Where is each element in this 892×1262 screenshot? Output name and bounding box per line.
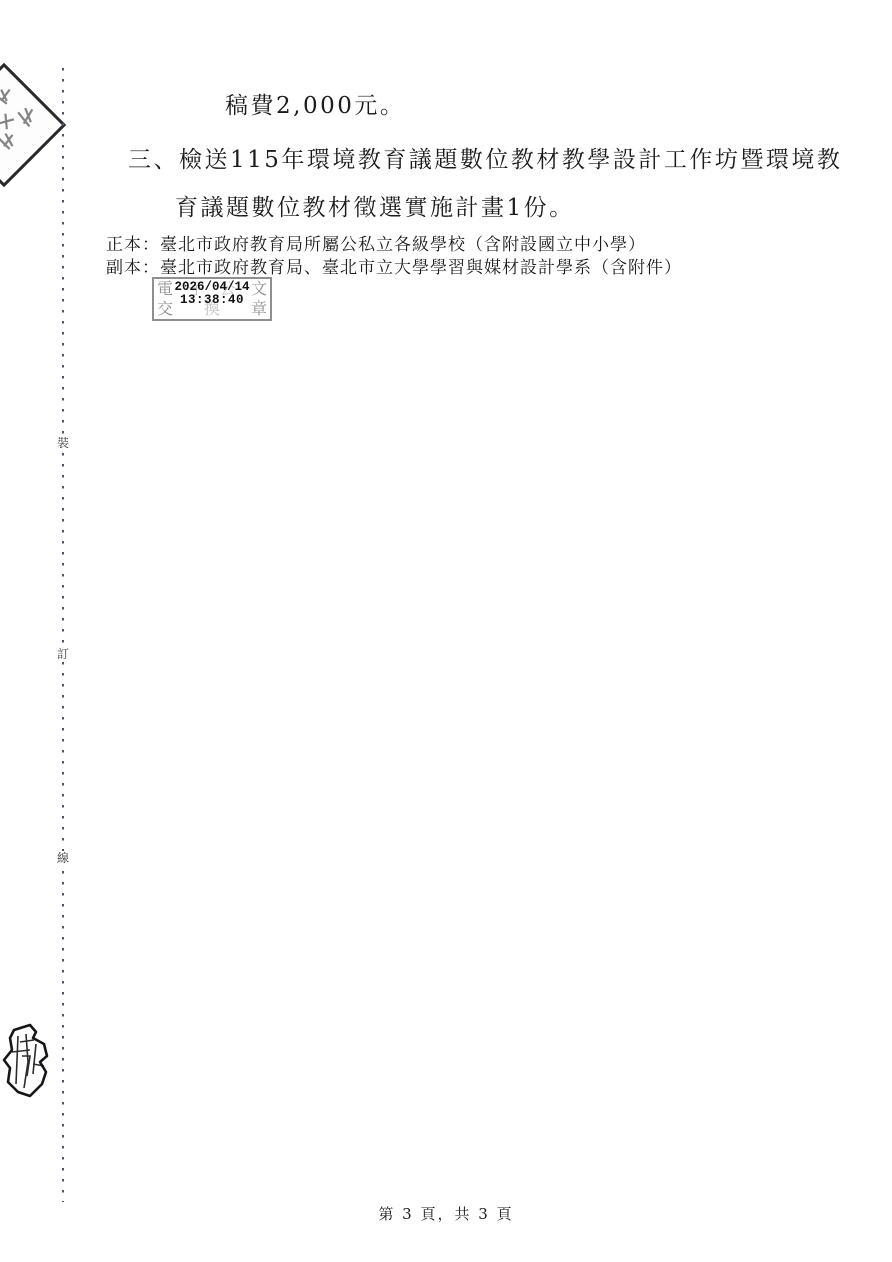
footer-page-number: 第 3 頁，共 3 頁 bbox=[0, 1203, 892, 1224]
stamp-time: 13:38:40 bbox=[154, 294, 270, 307]
item-three-line1: 三、檢送115年環境教育議題數位教材教學設計工作坊暨環境教 bbox=[128, 146, 842, 174]
binding-mark-xian: 線 bbox=[52, 851, 74, 865]
stamp-datetime: 2026/04/14 13:38:40 bbox=[154, 281, 270, 307]
fee-line: 稿費2,000元。 bbox=[225, 92, 405, 120]
binding-mark-zhuang: 裝 bbox=[52, 436, 74, 450]
bottom-seal-icon bbox=[0, 1022, 56, 1110]
electronic-exchange-stamp: 電 子 公 文 交 換 章 2026/04/14 13:38:40 bbox=[152, 277, 272, 321]
binding-mark-ding: 訂 bbox=[52, 647, 74, 661]
corner-seal-strokes bbox=[0, 67, 62, 183]
binding-dotted-line bbox=[62, 68, 64, 1202]
item-three-line2: 育議題數位教材徵選實施計畫1份。 bbox=[175, 194, 575, 222]
corner-seal-icon bbox=[0, 63, 66, 187]
document-page: 裝 訂 線 稿費2,000元。 三、檢送115年環境教育議題數位教材教學設計工作… bbox=[0, 0, 892, 1262]
recipient-copy-line: 副本：臺北市政府教育局、臺北市立大學學習與媒材設計學系（含附件） bbox=[106, 257, 682, 279]
recipient-original-line: 正本：臺北市政府教育局所屬公私立各級學校（含附設國立中小學） bbox=[106, 234, 646, 256]
